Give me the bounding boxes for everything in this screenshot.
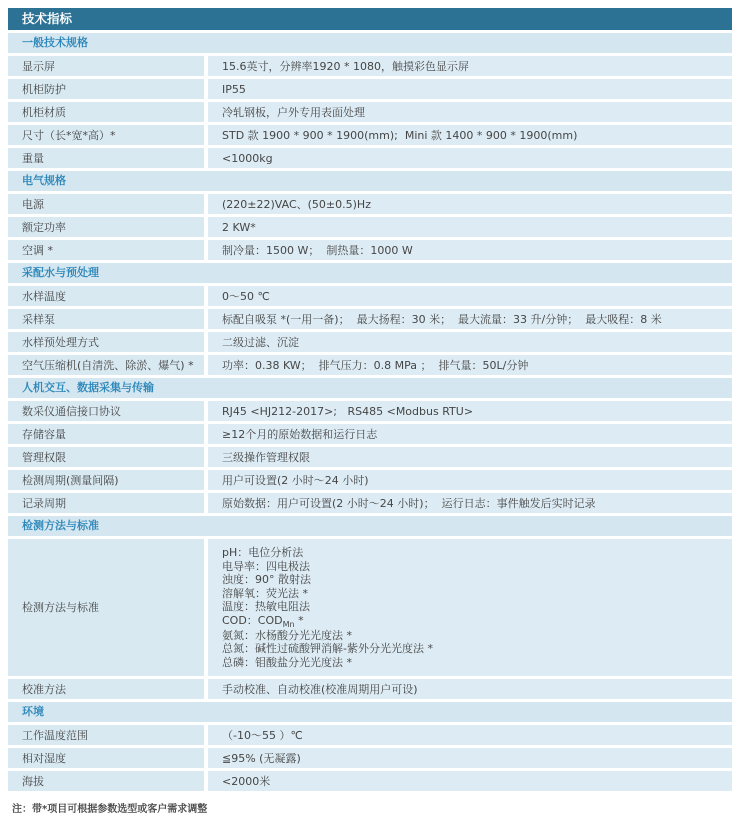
spec-row: 电源(220±22)VAC、(50±0.5)Hz	[8, 194, 732, 214]
method-line: 总磷：钼酸盐分光光度法 *	[222, 656, 724, 670]
spec-row: 工作温度范围（-10～55 ）℃	[8, 725, 732, 745]
spec-row: 相对湿度≦95% (无凝露)	[8, 748, 732, 768]
section-header-6: 环境	[8, 702, 732, 722]
method-line: COD：CODMn *	[222, 614, 724, 629]
method-line: 氨氮：水杨酸分光光度法 *	[222, 629, 724, 643]
method-line: pH：电位分析法	[222, 546, 724, 560]
spec-value: <2000米	[208, 771, 732, 791]
footnote: 注：带*项目可根据参数选型或客户需求调整	[12, 800, 732, 815]
spec-row: 尺寸（长*宽*高）*STD 款 1900 * 900 * 1900(mm); M…	[8, 125, 732, 145]
spec-value: 冷轧钢板，户外专用表面处理	[208, 102, 732, 122]
section-header-4: 人机交互、数据采集与传输	[8, 378, 732, 398]
table-title: 技术指标	[22, 11, 72, 26]
spec-label: 机柜防护	[8, 79, 204, 99]
spec-value: 0～50 ℃	[208, 286, 732, 306]
spec-value: （-10～55 ）℃	[208, 725, 732, 745]
spec-value: pH：电位分析法电导率：四电极法浊度：90° 散射法溶解氧：荧光法 *温度：热敏…	[208, 539, 732, 676]
spec-value: 二级过滤、沉淀	[208, 332, 732, 352]
spec-sheet: 技术指标 一般技术规格显示屏15.6英寸，分辨率1920 * 1080，触摸彩色…	[0, 0, 740, 815]
spec-label: 记录周期	[8, 493, 204, 513]
spec-label: 管理权限	[8, 447, 204, 467]
spec-row: 采样泵标配自吸泵 *(一用一备)； 最大扬程：30 米； 最大流量：33 升/分…	[8, 309, 732, 329]
spec-label: 额定功率	[8, 217, 204, 237]
spec-row: 重量<1000kg	[8, 148, 732, 168]
subscript-text: Mn	[283, 620, 295, 629]
spec-row: 水样温度0～50 ℃	[8, 286, 732, 306]
spec-row: 机柜材质冷轧钢板，户外专用表面处理	[8, 102, 732, 122]
spec-value: 用户可设置(2 小时～24 小时)	[208, 470, 732, 490]
spec-row: 检测方法与标准pH：电位分析法电导率：四电极法浊度：90° 散射法溶解氧：荧光法…	[8, 539, 732, 676]
spec-row: 检测周期(测量间隔)用户可设置(2 小时～24 小时)	[8, 470, 732, 490]
spec-label: 空气压缩机(自清洗、除淤、爆气) *	[8, 355, 204, 375]
spec-value: 标配自吸泵 *(一用一备)； 最大扬程：30 米； 最大流量：33 升/分钟； …	[208, 309, 732, 329]
spec-label: 工作温度范围	[8, 725, 204, 745]
method-line: 总氮：碱性过硫酸钾消解-紫外分光光度法 *	[222, 642, 724, 656]
spec-value: STD 款 1900 * 900 * 1900(mm); Mini 款 1400…	[208, 125, 732, 145]
spec-label: 显示屏	[8, 56, 204, 76]
spec-label: 校准方法	[8, 679, 204, 699]
spec-row: 海拔<2000米	[8, 771, 732, 791]
spec-label: 数采仪通信接口协议	[8, 401, 204, 421]
spec-row: 额定功率2 KW*	[8, 217, 732, 237]
spec-label: 采样泵	[8, 309, 204, 329]
spec-value: 功率：0.38 KW； 排气压力：0.8 MPa ； 排气量：50L/分钟	[208, 355, 732, 375]
spec-label: 机柜材质	[8, 102, 204, 122]
spec-label: 尺寸（长*宽*高）*	[8, 125, 204, 145]
spec-label: 空调 *	[8, 240, 204, 260]
spec-label: 重量	[8, 148, 204, 168]
spec-row: 机柜防护IP55	[8, 79, 732, 99]
spec-row: 数采仪通信接口协议RJ45 <HJ212-2017>; RS485 <Modbu…	[8, 401, 732, 421]
section-header-1: 一般技术规格	[8, 33, 732, 53]
spec-label: 存储容量	[8, 424, 204, 444]
spec-label: 相对湿度	[8, 748, 204, 768]
spec-value: 原始数据：用户可设置(2 小时～24 小时)； 运行日志：事件触发后实时记录	[208, 493, 732, 513]
spec-row: 显示屏15.6英寸，分辨率1920 * 1080，触摸彩色显示屏	[8, 56, 732, 76]
spec-row: 空气压缩机(自清洗、除淤、爆气) *功率：0.38 KW； 排气压力：0.8 M…	[8, 355, 732, 375]
spec-row: 校准方法手动校准、自动校准(校准周期用户可设)	[8, 679, 732, 699]
method-line: 浊度：90° 散射法	[222, 573, 724, 587]
spec-label: 海拔	[8, 771, 204, 791]
spec-value: ≥12个月的原始数据和运行日志	[208, 424, 732, 444]
method-line: 溶解氧：荧光法 *	[222, 587, 724, 601]
spec-value: <1000kg	[208, 148, 732, 168]
spec-label: 水样温度	[8, 286, 204, 306]
spec-value: 三级操作管理权限	[208, 447, 732, 467]
spec-value: 15.6英寸，分辨率1920 * 1080，触摸彩色显示屏	[208, 56, 732, 76]
spec-label: 水样预处理方式	[8, 332, 204, 352]
spec-row: 水样预处理方式二级过滤、沉淀	[8, 332, 732, 352]
spec-value: 制冷量：1500 W； 制热量：1000 W	[208, 240, 732, 260]
spec-value: RJ45 <HJ212-2017>; RS485 <Modbus RTU>	[208, 401, 732, 421]
spec-value: 2 KW*	[208, 217, 732, 237]
spec-row: 记录周期原始数据：用户可设置(2 小时～24 小时)； 运行日志：事件触发后实时…	[8, 493, 732, 513]
section-header-2: 电气规格	[8, 171, 732, 191]
table-title-bar: 技术指标	[8, 8, 732, 30]
spec-value: (220±22)VAC、(50±0.5)Hz	[208, 194, 732, 214]
spec-table: 一般技术规格显示屏15.6英寸，分辨率1920 * 1080，触摸彩色显示屏机柜…	[8, 33, 732, 791]
spec-row: 存储容量≥12个月的原始数据和运行日志	[8, 424, 732, 444]
spec-row: 管理权限三级操作管理权限	[8, 447, 732, 467]
section-header-3: 采配水与预处理	[8, 263, 732, 283]
spec-value: ≦95% (无凝露)	[208, 748, 732, 768]
spec-row: 空调 *制冷量：1500 W； 制热量：1000 W	[8, 240, 732, 260]
spec-label: 电源	[8, 194, 204, 214]
spec-value: 手动校准、自动校准(校准周期用户可设)	[208, 679, 732, 699]
spec-label: 检测方法与标准	[8, 539, 204, 676]
method-line: 温度：热敏电阻法	[222, 600, 724, 614]
spec-value: IP55	[208, 79, 732, 99]
section-header-5: 检测方法与标准	[8, 516, 732, 536]
spec-label: 检测周期(测量间隔)	[8, 470, 204, 490]
method-line: 电导率：四电极法	[222, 560, 724, 574]
